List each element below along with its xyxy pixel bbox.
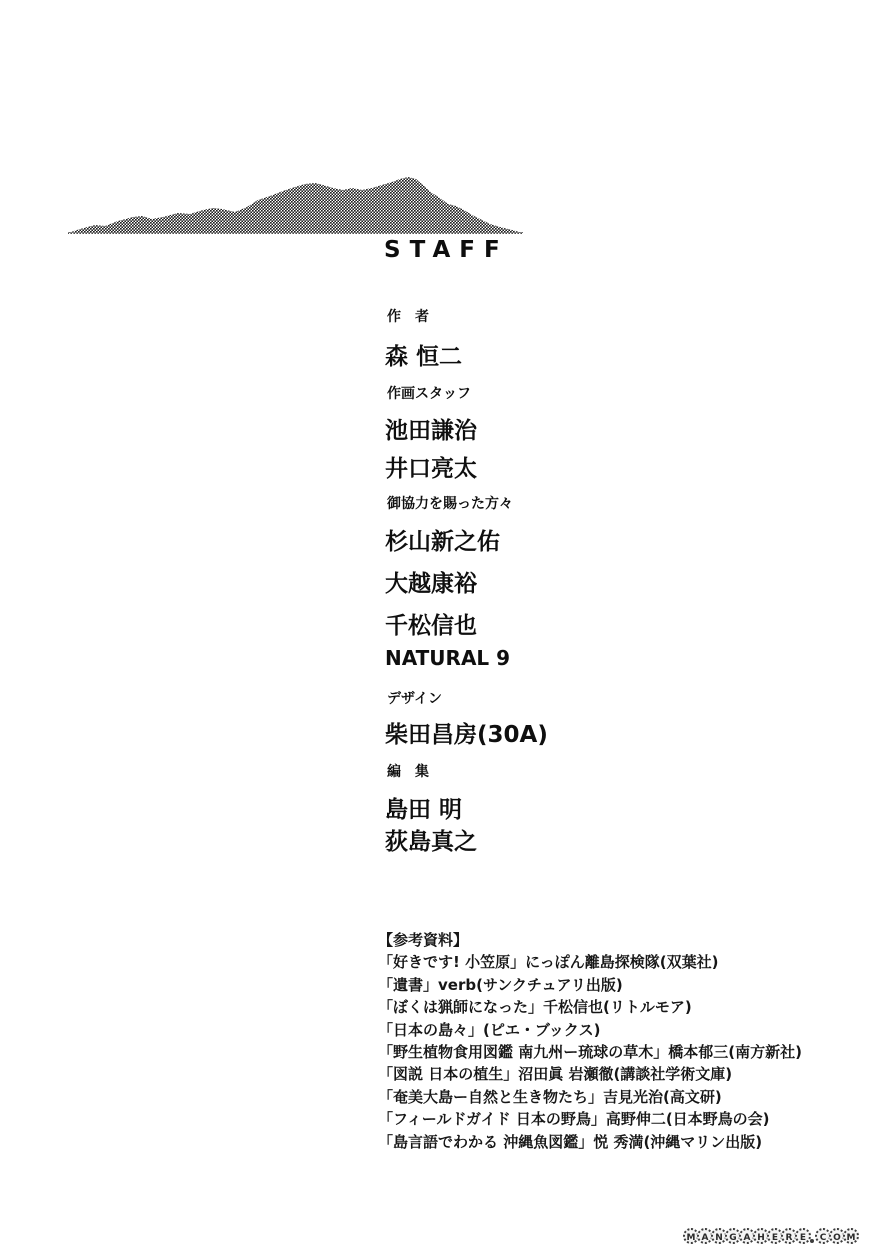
- watermark-letter: M: [843, 1228, 859, 1244]
- reference-item: 「フィールドガイド 日本の野鳥」高野伸二(日本野鳥の会): [378, 1108, 802, 1130]
- credit-name-art-staff-2: 井口亮太: [385, 450, 477, 483]
- watermark-letter: E: [795, 1228, 811, 1244]
- manga-staff-page: STAFF 作 者 森 恒二 作画スタッフ 池田謙治 井口亮太 御協力を賜った方…: [0, 0, 869, 1256]
- credit-name-editor-1: 島田 明: [385, 791, 462, 824]
- reference-list: 【参考資料】 「好きです! 小笠原」にっぽん離島探検隊(双葉社) 「遺書」ver…: [378, 929, 802, 1153]
- credit-label-art-staff: 作画スタッフ: [387, 383, 471, 403]
- watermark-dot-icon: [810, 1239, 814, 1243]
- mangahere-watermark: M A N G A H E R E C O M: [683, 1228, 857, 1244]
- credit-name-editor-2: 荻島真之: [385, 823, 477, 856]
- mountain-silhouette-graphic: [60, 170, 535, 240]
- credit-label-design: デザイン: [387, 688, 442, 708]
- reference-item: 「ぼくは猟師になった」千松信也(リトルモア): [378, 996, 802, 1018]
- credit-name-cooperation-2: 大越康裕: [385, 565, 477, 598]
- reference-item: 「奄美大島ー自然と生き物たち」吉見光治(高文研): [378, 1086, 802, 1108]
- credit-name-cooperation-1: 杉山新之佑: [385, 523, 500, 556]
- credit-name-author: 森 恒二: [385, 338, 462, 371]
- page-title: STAFF: [384, 237, 509, 263]
- reference-item: 「野生植物食用図鑑 南九州ー琉球の草木」橋本郁三(南方新社): [378, 1041, 802, 1063]
- reference-item: 「日本の島々」(ピエ・ブックス): [378, 1019, 802, 1041]
- credit-name-art-staff-1: 池田謙治: [385, 412, 477, 445]
- credit-label-editing: 編 集: [387, 761, 429, 781]
- credit-name-design: 柴田昌房(30A): [385, 716, 548, 749]
- credit-name-cooperation-4: NATURAL 9: [385, 646, 510, 670]
- reference-item: 「図説 日本の植生」沼田眞 岩瀬徹(講談社学術文庫): [378, 1063, 802, 1085]
- reference-heading: 【参考資料】: [378, 929, 802, 951]
- reference-item: 「島言語でわかる 沖縄魚図鑑」悦 秀満(沖縄マリン出版): [378, 1131, 802, 1153]
- reference-item: 「好きです! 小笠原」にっぽん離島探検隊(双葉社): [378, 951, 802, 973]
- credit-label-cooperation: 御協力を賜った方々: [387, 493, 513, 513]
- credit-name-cooperation-3: 千松信也: [385, 607, 477, 640]
- credit-label-author: 作 者: [387, 306, 429, 326]
- reference-item: 「遺書」verb(サンクチュアリ出版): [378, 974, 802, 996]
